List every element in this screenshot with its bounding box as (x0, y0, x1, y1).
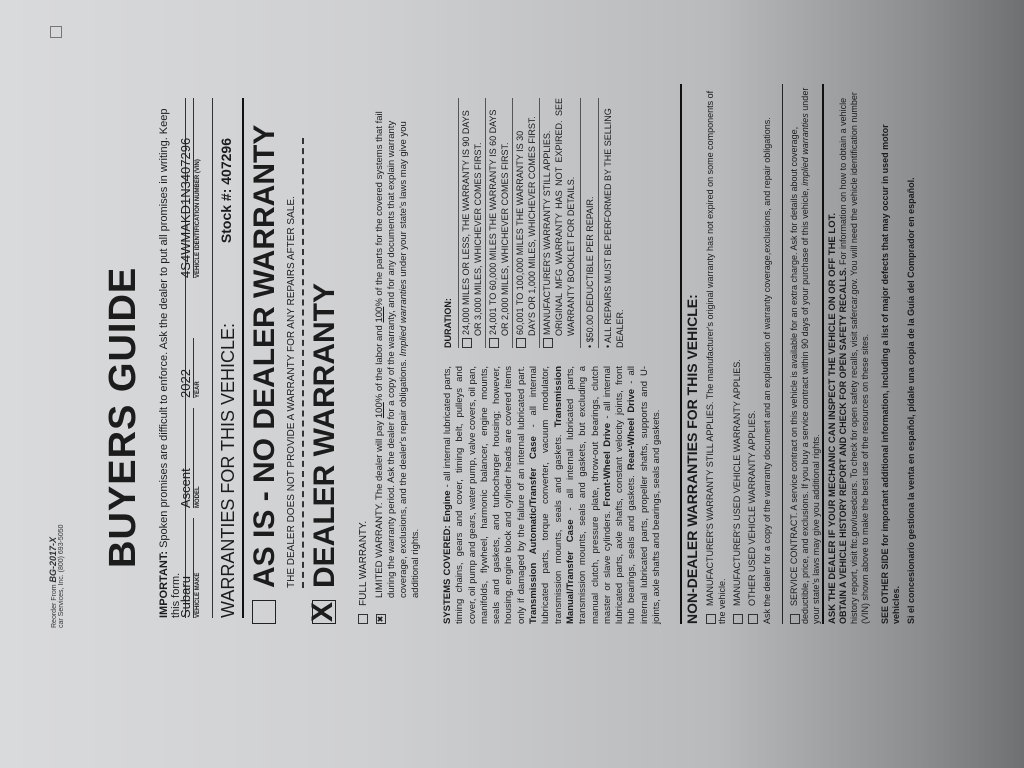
form-number: BG-2017-X (48, 537, 58, 583)
duration-line1: 24,001 TO 60,000 MILES THE WARRANTY IS 6… (488, 110, 498, 335)
item-label: MANUFACTURER'S USED VEHICLE WARRANTY APP… (732, 359, 742, 606)
non-dealer-items: MANUFACTURER'S WARRANTY STILL APPLIES. T… (704, 84, 776, 624)
limited-warranty-checkbox[interactable]: ✖ (376, 614, 386, 624)
full-warranty-option: FULL WARRANTY. (358, 521, 369, 624)
fwd-label: Front-Wheel Drive (602, 423, 613, 507)
item-label: MANUFACTURER'S WARRANTY STILL APPLIES. (705, 402, 715, 606)
form-header-strip: Reorder From BG-2017-X car Services, Inc… (40, 38, 100, 638)
full-warranty-checkbox[interactable] (358, 614, 368, 624)
model-value: Ascent (178, 408, 193, 508)
limited-text-2: % of the labor and (374, 325, 385, 402)
vehicle-make: Subaru VEHICLE MAKE (178, 518, 201, 618)
make-value: Subaru (178, 518, 193, 618)
systems-label: SYSTEMS COVERED: (442, 525, 453, 624)
rwd-label: Rear-Wheel Drive (626, 389, 637, 470)
limited-warranty-text: LIMITED WARRANTY. The dealer will pay 10… (374, 98, 422, 598)
important-label: IMPORTANT: (158, 551, 170, 618)
model-label: MODEL (193, 408, 201, 508)
vin-label: VEHICLE IDENTIFICATION NUMBER (VIN) (193, 98, 201, 278)
systems-covered: SYSTEMS COVERED: Engine - all internal l… (442, 366, 663, 624)
buyers-guide-page: Reorder From BG-2017-X car Services, Inc… (40, 38, 900, 638)
vendor-text: car Services, Inc. (800) 693-5050 (58, 525, 65, 629)
vehicle-year: 2022 YEAR (178, 338, 201, 398)
vehicle-model: Ascent MODEL (178, 408, 201, 508)
engine-label: Engine (442, 490, 453, 522)
reorder-text: Reorder From (51, 584, 58, 628)
stock-number: Stock #: 407296 (218, 138, 234, 243)
duration-line2: OR 3,000 MILES, WHICHEVER COMES FIRST. (472, 98, 484, 348)
ask-copy-text: Ask the dealer for a copy of the warrant… (761, 84, 773, 624)
duration-line1: 24,000 MILES OR LESS, THE WARRANTY IS 90… (461, 110, 471, 335)
duration-label: DURATION: (442, 98, 454, 348)
duration-checkbox[interactable] (489, 338, 499, 348)
limited-warranty-option: ✖ (376, 606, 387, 624)
duration-line2: DAYS OR 1,000 MILES, WHICHEVER COMES FIR… (526, 98, 538, 348)
duration-item: 24,000 MILES OR LESS, THE WARRANTY IS 90… (458, 98, 485, 348)
non-dealer-item: OTHER USED VEHICLE WARRANTY APPLIES. (746, 84, 758, 624)
see-other-side-notice: SEE OTHER SIDE for important additional … (880, 84, 902, 624)
non-dealer-item: MANUFACTURER'S WARRANTY STILL APPLIES. T… (704, 84, 728, 624)
service-contract-checkbox[interactable] (790, 614, 800, 624)
non-dealer-checkbox[interactable] (748, 614, 758, 624)
duration-checkbox[interactable] (543, 338, 553, 348)
warranties-heading: WARRANTIES FOR THIS VEHICLE: (218, 323, 239, 618)
trans-label: Transmission Automatic/Transfer Case (528, 436, 539, 624)
full-warranty-label: FULL WARRANTY. (358, 521, 369, 606)
warranties-row: WARRANTIES FOR THIS VEHICLE: Stock #: 40… (214, 98, 244, 618)
non-dealer-heading: NON-DEALER WARRANTIES FOR THIS VEHICLE: (680, 84, 700, 624)
vehicle-info-row: Subaru VEHICLE MAKE Ascent MODEL 2022 YE… (178, 98, 213, 618)
engine-text: - all internal lubricated parts, timing … (442, 366, 527, 624)
duration-item: MANUFACTURER'S WARRANTY STILL APPLIES.OR… (539, 98, 578, 348)
deductible-bullet: • $50.00 DEDUCTIBLE PER REPAIR. (580, 98, 596, 348)
implied-warranties: Implied warranties (398, 279, 409, 356)
service-contract-label: SERVICE CONTRACT. (789, 513, 799, 606)
non-dealer-item: MANUFACTURER'S USED VEHICLE WARRANTY APP… (731, 84, 743, 624)
duration-line1: 60,001 TO 100,000 MILES THE WARRANTY IS … (515, 131, 525, 335)
year-value: 2022 (178, 338, 193, 398)
duration-section: DURATION: 24,000 MILES OR LESS, THE WARR… (442, 98, 626, 348)
obtain-label: OBTAIN A VEHICLE HISTORY REPORT AND CHEC… (838, 267, 848, 624)
dealer-warranty-heading: DEALER WARRANTY (308, 283, 342, 588)
duration-line2: OR 2,000 MILES, WHICHEVER COMES FIRST. (499, 98, 511, 348)
see-other-side-label: SEE OTHER SIDE (880, 548, 890, 624)
duration-checkbox[interactable] (462, 338, 472, 348)
duration-item: 24,001 TO 60,000 MILES THE WARRANTY IS 6… (485, 98, 512, 348)
selling-dealer-bullet: • ALL REPAIRS MUST BE PERFORMED BY THE S… (598, 98, 626, 348)
bullet-text: ALL REPAIRS MUST BE PERFORMED BY THE SEL… (603, 108, 625, 348)
as-is-subtext: THE DEALER DOES NOT PROVIDE A WARRANTY F… (286, 196, 297, 588)
parts-percent: 100 (374, 307, 385, 323)
as-is-heading: AS IS - NO DEALER WARRANTY (248, 125, 282, 588)
form-id: Reorder From BG-2017-X car Services, Inc… (48, 525, 65, 629)
duration-item: 60,001 TO 100,000 MILES THE WARRANTY IS … (512, 98, 539, 348)
duration-checkbox[interactable] (516, 338, 526, 348)
vehicle-vin: 4S4WMAKD1N3407296 VEHICLE IDENTIFICATION… (178, 98, 201, 278)
service-contract: SERVICE CONTRACT. A service contract on … (782, 84, 822, 624)
duration-line2: ORIGINAL MFG WARRANTY HAS NOT EXPIRED. S… (553, 98, 577, 348)
ask-mechanic-notice: ASK THE DEALER IF YOUR MECHANIC CAN INSP… (822, 84, 838, 624)
non-dealer-checkbox[interactable] (733, 614, 743, 624)
limited-label: LIMITED WARRANTY. (374, 502, 385, 598)
implied-warranties: implied warranties (800, 113, 810, 186)
non-dealer-checkbox[interactable] (706, 614, 716, 624)
labor-percent: 100 (374, 402, 385, 418)
vehicle-history-notice: OBTAIN A VEHICLE HISTORY REPORT AND CHEC… (838, 84, 871, 624)
item-label: OTHER USED VEHICLE WARRANTY APPLIES. (747, 410, 757, 606)
spanish-notice: Si el concesionario gestiona la venta en… (906, 84, 916, 624)
corner-checkbox-icon (50, 26, 62, 38)
dealer-warranty-checkbox[interactable]: X (312, 600, 336, 624)
dashed-divider (302, 138, 304, 588)
make-label: VEHICLE MAKE (193, 518, 201, 618)
year-label: YEAR (193, 338, 201, 398)
page-title: BUYERS GUIDE (102, 267, 145, 568)
limited-text-1: The dealer will pay (374, 421, 385, 500)
as-is-checkbox[interactable] (252, 600, 276, 624)
vin-value: 4S4WMAKD1N3407296 (178, 98, 193, 278)
duration-line1: MANUFACTURER'S WARRANTY STILL APPLIES. (542, 131, 552, 335)
bullet-text: $50.00 DEDUCTIBLE PER REPAIR. (585, 196, 595, 342)
